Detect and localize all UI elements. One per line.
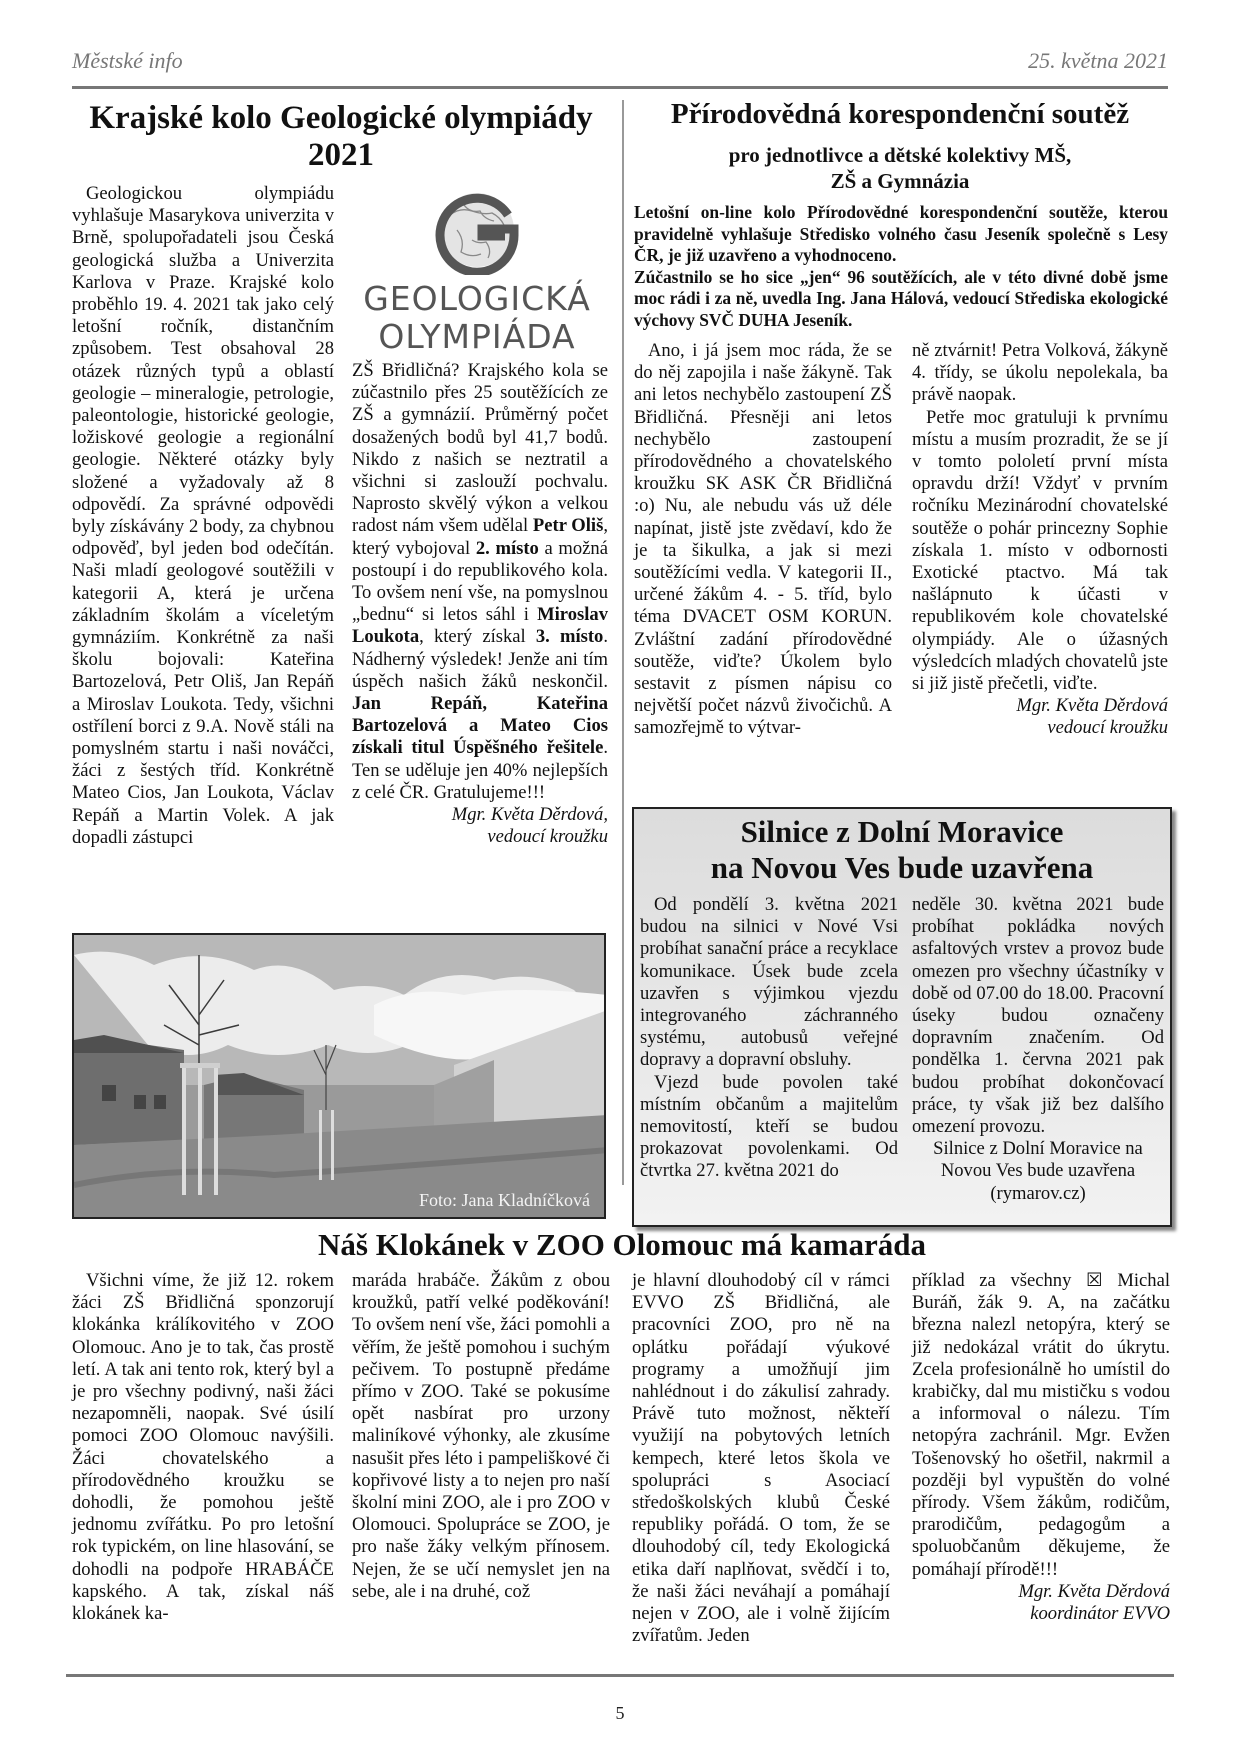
text-run: , který získal bbox=[419, 626, 536, 647]
article-correspondence-title: Přírodovědná korespondenční soutěž bbox=[630, 98, 1170, 130]
article-geology-column-2: ZŠ Břidličná? Krajského kola se zúčastni… bbox=[352, 360, 608, 848]
paragraph: Vjezd bude povolen také místním občanům … bbox=[640, 1072, 898, 1183]
article-geology-title: Krajské kolo Geologické olympiády 2021 bbox=[72, 100, 610, 174]
title-line: Silnice z Dolní Moravice bbox=[640, 814, 1164, 850]
article-correspondence-column-2: ně ztvárnit! Petra Volková, žákyně 4. tř… bbox=[912, 340, 1168, 740]
article-zoo-title: Náš Klokánek v ZOO Olomouc má kamaráda bbox=[72, 1228, 1172, 1263]
source-link: (rymarov.cz) bbox=[912, 1183, 1164, 1205]
footer-rule bbox=[66, 1674, 1174, 1677]
publication-name: Městské info bbox=[72, 48, 183, 74]
title-line: na Novou Ves bude uzavřena bbox=[640, 850, 1164, 886]
article-road-title: Silnice z Dolní Moravice na Novou Ves bu… bbox=[640, 814, 1164, 886]
article-zoo-column-3: je hlavní dlouhodobý cíl v rámci EVVO ZŠ… bbox=[632, 1270, 890, 1647]
paragraph: příklad za všechny ☒ Michal Buráň, žák 9… bbox=[912, 1270, 1170, 1581]
paragraph: neděle 30. května 2021 bude probíhat pok… bbox=[912, 894, 1164, 1138]
photo-credit: Foto: Jana Kladníčková bbox=[419, 1190, 590, 1211]
article-correspondence-subtitle: pro jednotlivce a dětské kolektivy MŠ, Z… bbox=[630, 142, 1170, 194]
paragraph: je hlavní dlouhodobý cíl v rámci EVVO ZŠ… bbox=[632, 1270, 890, 1647]
placement: 3. místo bbox=[536, 626, 603, 647]
placement: 2. místo bbox=[476, 538, 539, 559]
article-correspondence-lead: Letošní on-line kolo Přírodovědné koresp… bbox=[634, 202, 1168, 331]
source-line: Silnice z Dolní Moravice na bbox=[912, 1138, 1164, 1160]
lead-paragraph: Zúčastnilo se ho sice „jen“ 96 soutěžící… bbox=[634, 267, 1168, 332]
subtitle-line: ZŠ a Gymnázia bbox=[630, 168, 1170, 194]
paragraph: Petře moc gratuluji k prvnímu místu a mu… bbox=[912, 407, 1168, 696]
signature-role: vedoucí kroužku bbox=[352, 826, 608, 848]
paragraph: maráda hrabáče. Žákům z obou kroužků, pa… bbox=[352, 1270, 610, 1603]
logo-text-line1: GEOLOGICKÁ bbox=[352, 280, 602, 318]
page-number: 5 bbox=[0, 1703, 1240, 1724]
geological-olympiad-logo: GEOLOGICKÁ OLYMPIÁDA bbox=[352, 185, 602, 360]
paragraph: ZŠ Břidličná? Krajského kola se zúčastni… bbox=[352, 360, 608, 804]
article-road-column-2: neděle 30. května 2021 bude probíhat pok… bbox=[912, 894, 1164, 1205]
signature-name: Mgr. Květa Děrdová bbox=[912, 695, 1168, 717]
signature-role: vedoucí kroužku bbox=[912, 717, 1168, 739]
subtitle-line: pro jednotlivce a dětské kolektivy MŠ, bbox=[630, 142, 1170, 168]
article-correspondence-column-1: Ano, i já jsem moc ráda, že se do něj za… bbox=[634, 340, 892, 740]
signature-name: Mgr. Květa Děrdová bbox=[912, 1581, 1170, 1603]
globe-g-logo-icon bbox=[352, 185, 602, 275]
header-rule bbox=[72, 86, 1168, 89]
lead-paragraph: Letošní on-line kolo Přírodovědné koresp… bbox=[634, 202, 1168, 267]
paragraph: Všichni víme, že již 12. rokem žáci ZŠ B… bbox=[72, 1270, 334, 1625]
signature-name: Mgr. Květa Děrdová, bbox=[352, 804, 608, 826]
paragraph: ně ztvárnit! Petra Volková, žákyně 4. tř… bbox=[912, 340, 1168, 407]
landscape-photo-icon bbox=[74, 935, 606, 1219]
column-divider bbox=[622, 100, 624, 1185]
article-road-column-1: Od pondělí 3. května 2021 budou na silni… bbox=[640, 894, 898, 1183]
paragraph: Geologickou olympiádu vyhlašuje Masaryko… bbox=[72, 183, 334, 849]
signature-role: koordinátor EVVO bbox=[912, 1603, 1170, 1625]
winner-name: Petr Oliš bbox=[533, 515, 603, 536]
issue-date: 25. května 2021 bbox=[1028, 48, 1168, 74]
text-run: ZŠ Břidličná? Krajského kola se zúčastni… bbox=[352, 360, 608, 536]
successful-solvers: Jan Repáň, Kateřina Bartozelová a Mateo … bbox=[352, 693, 608, 758]
article-zoo-column-4: příklad za všechny ☒ Michal Buráň, žák 9… bbox=[912, 1270, 1170, 1625]
source-line: Novou Ves bude uzavřena bbox=[912, 1160, 1164, 1182]
article-geology-column-1: Geologickou olympiádu vyhlašuje Masaryko… bbox=[72, 183, 334, 849]
logo-text-line2: OLYMPIÁDA bbox=[352, 318, 602, 356]
paragraph: Ano, i já jsem moc ráda, že se do něj za… bbox=[634, 340, 892, 740]
paragraph: Od pondělí 3. května 2021 budou na silni… bbox=[640, 894, 898, 1072]
article-zoo-column-2: maráda hrabáče. Žákům z obou kroužků, pa… bbox=[352, 1270, 610, 1603]
photo-housing-estate: Foto: Jana Kladníčková bbox=[72, 933, 606, 1219]
article-zoo-column-1: Všichni víme, že již 12. rokem žáci ZŠ B… bbox=[72, 1270, 334, 1625]
